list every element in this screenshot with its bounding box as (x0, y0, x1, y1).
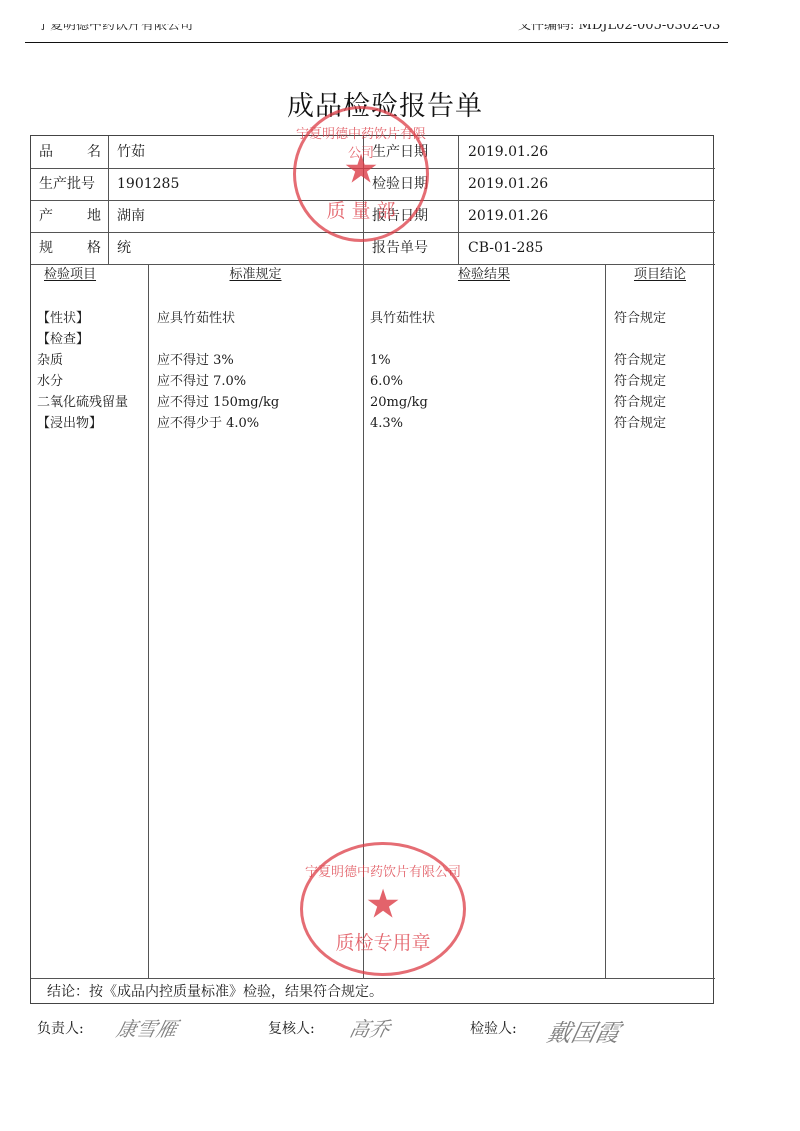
responsible-signature: 康雪雁 (114, 1013, 180, 1042)
col-header-standard: 标准规定 (148, 265, 363, 285)
report-date-label: 报告日期 (372, 200, 428, 232)
batch-value: 1901285 (117, 168, 179, 200)
table-cell-item: 【检查】 (37, 329, 89, 350)
col-divider (363, 264, 364, 978)
table-cell-result: 4.3% (370, 413, 403, 434)
report-date-value: 2019.01.26 (468, 200, 548, 232)
col-divider (458, 136, 459, 264)
header-divider (25, 42, 728, 43)
table-cell-standard: 应不得过 3% (157, 350, 234, 371)
table-cell-item: 杂质 (37, 350, 63, 371)
table-cell-result: 具竹茹性状 (370, 308, 435, 329)
table-cell-item: 【浸出物】 (37, 413, 102, 434)
table-cell-conclusion: 符合规定 (614, 350, 666, 371)
origin-value: 湖南 (117, 200, 145, 232)
reviewer-label: 复核人: (268, 1018, 315, 1038)
table-cell-standard: 应具竹茹性状 (157, 308, 235, 329)
table-cell-result: 1% (370, 350, 391, 371)
prod-date-label: 生产日期 (372, 136, 428, 168)
spec-label: 规格 (39, 232, 101, 264)
col-header-result: 检验结果 (363, 265, 605, 285)
table-cell-conclusion: 符合规定 (614, 413, 666, 434)
reviewer-signature: 高乔 (347, 1013, 393, 1042)
inspect-date-label: 检验日期 (372, 168, 428, 200)
table-cell-result: 6.0% (370, 371, 403, 392)
product-name-value: 竹茹 (117, 136, 145, 168)
table-cell-conclusion: 符合规定 (614, 308, 666, 329)
table-cell-conclusion: 符合规定 (614, 392, 666, 413)
table-cell-standard: 应不得过 7.0% (157, 371, 246, 392)
batch-label: 生产批号 (39, 168, 95, 200)
inspect-date-value: 2019.01.26 (468, 168, 548, 200)
conclusion-text: 结论：按《成品内控质量标准》检验，结果符合规定。 (47, 981, 383, 1003)
responsible-label: 负责人: (37, 1018, 84, 1038)
report-no-label: 报告单号 (372, 232, 428, 264)
col-divider (605, 264, 606, 978)
table-cell-item: 水分 (37, 371, 63, 392)
table-cell-result: 20mg/kg (370, 392, 428, 413)
table-cell-standard: 应不得过 150mg/kg (157, 392, 279, 413)
table-cell-item: 【性状】 (37, 308, 89, 329)
inspector-label: 检验人: (470, 1018, 517, 1038)
col-header-item: 检验项目 (44, 265, 96, 285)
row-divider (31, 978, 715, 979)
inspector-signature: 戴国霞 (544, 1013, 623, 1048)
product-name-label: 品名 (39, 136, 101, 168)
page-title: 成品检验报告单 (0, 84, 770, 123)
report-table: 品名 竹茹 生产批号 1901285 产地 湖南 规格 统 生产日期 2019.… (30, 135, 714, 1004)
report-no-value: CB-01-285 (468, 232, 543, 264)
prod-date-value: 2019.01.26 (468, 136, 548, 168)
table-cell-standard: 应不得少于 4.0% (157, 413, 259, 434)
header-company: 宁夏明德中药饮片有限公司 (37, 24, 193, 33)
header-doc-code: 文件编码: MDJL02-005-0302-03 (518, 24, 720, 33)
col-divider (108, 136, 109, 264)
col-divider (148, 264, 149, 978)
spec-value: 统 (117, 232, 131, 264)
origin-label: 产地 (39, 200, 101, 232)
table-cell-conclusion: 符合规定 (614, 371, 666, 392)
col-header-conclusion: 项目结论 (605, 265, 715, 285)
table-cell-item: 二氧化硫残留量 (37, 392, 128, 413)
col-divider (363, 136, 364, 264)
